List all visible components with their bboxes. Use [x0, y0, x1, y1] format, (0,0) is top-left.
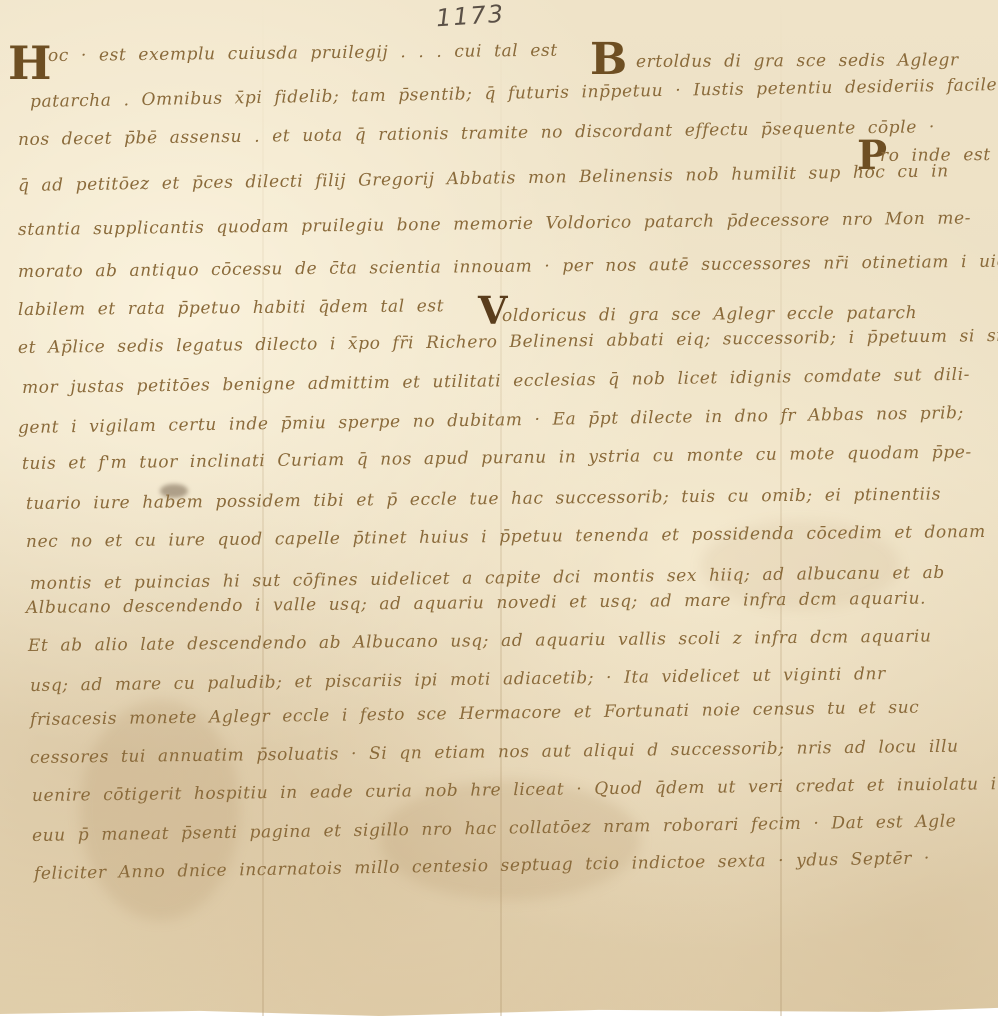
text-line-16: Et ab alio late descendendo ab Albucano … [28, 627, 932, 656]
text-line-20: uenire cōtigerit hospitiu in eade curia … [32, 774, 998, 806]
text-line-7: labilem et rata p̄petuo habiti q̄dem tal… [18, 296, 444, 320]
text-line-3: nos decet p̄bē assensu . et uota q̄ rati… [18, 117, 935, 150]
decorated-initial-h: H [8, 40, 51, 86]
text-line-11: tuis et f'm tuor inclinati Curiam q̄ nos… [22, 442, 972, 474]
text-line-7-right: oldoricus di gra sce Aglegr eccle patarc… [502, 303, 917, 326]
text-line-22: feliciter Anno dnice incarnatois millo c… [34, 848, 930, 884]
text-line-9: mor justas petitōes benigne admittim et … [22, 365, 970, 398]
text-line-10: gent i vigilam certu inde p̄miu sperpe n… [18, 403, 964, 438]
charter-text: H B P V oc · est exemplu cuiusda pruileg… [0, 0, 998, 1016]
text-line-2: patarcha . Omnibus x̄pi fidelib; tam p̄s… [30, 75, 998, 112]
text-line-17: usq; ad mare cu paludib; et piscariis ip… [30, 664, 886, 696]
text-line-1: oc · est exemplu cuiusda pruilegij . . .… [48, 41, 558, 66]
text-line-19: cessores tui annuatim p̄soluatis · Si qn… [30, 737, 959, 768]
text-line-6: morato ab antiquo cōcessu de c̄ta scient… [18, 252, 998, 282]
text-line-1-right: ertoldus di gra sce sedis Aglegr [636, 50, 959, 72]
decorated-initial-b: B [590, 38, 627, 82]
text-line-5: stantia supplicantis quodam pruilegiu bo… [18, 208, 971, 240]
text-line-13: nec no et cu iure quod capelle p̄tinet h… [26, 521, 998, 552]
text-line-18: frisacesis monete Aglegr eccle i festo s… [30, 698, 920, 730]
text-line-4: q̄ ad petitōez et p̄ces dilecti filij Gr… [18, 161, 949, 196]
text-line-15: Albucano descendendo i valle usq; ad aqu… [26, 589, 926, 618]
text-line-8: et Ap̄lice sedis legatus dilecto i x̄po … [18, 326, 998, 358]
text-line-21: euu p̄ maneat p̄senti pagina et sigillo … [32, 811, 957, 846]
